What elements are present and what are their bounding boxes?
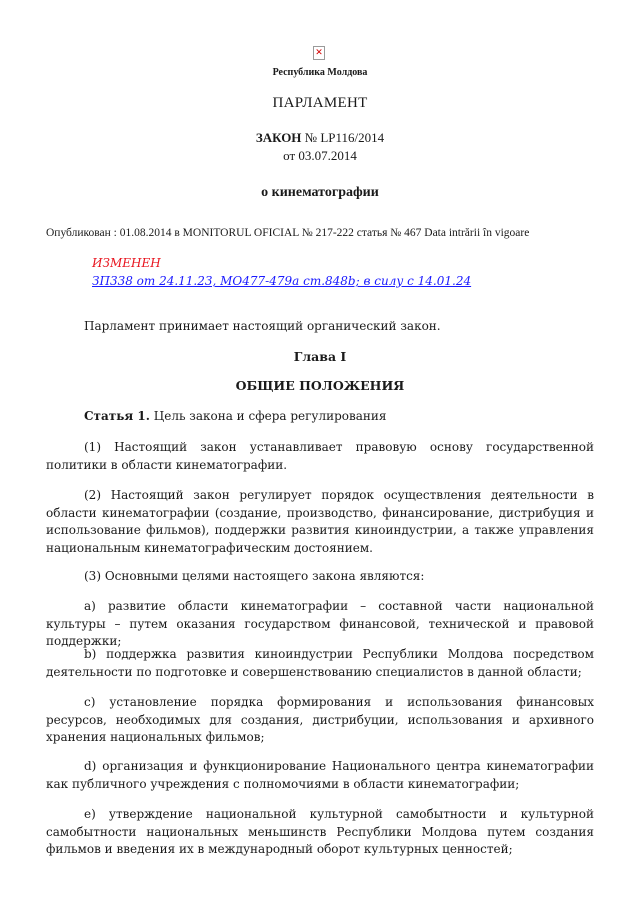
article-heading: Статья 1. Цель закона и сфера регулирова… (46, 408, 594, 426)
chapter-heading: Глава I (0, 349, 640, 364)
broken-image-icon: ✕ (313, 46, 325, 60)
law-label: ЗАКОН (256, 130, 302, 145)
republic-name: Республика Молдова (0, 67, 640, 78)
paragraph-text: d) организация и функционирование Национ… (46, 759, 594, 791)
paragraph-2: (2) Настоящий закон регулирует порядок о… (46, 487, 594, 557)
item-b: b) поддержка развития киноиндустрии Респ… (46, 646, 594, 681)
paragraph-text: c) установление порядка формирования и и… (46, 695, 594, 744)
paragraph-text: a) развитие области кинематографии – сос… (46, 599, 594, 648)
paragraph-text: (1) Настоящий закон устанавливает правов… (46, 440, 594, 472)
publication-info: Опубликован : 01.08.2014 в MONITORUL OFI… (46, 227, 606, 239)
law-title: о кинематографии (0, 185, 640, 201)
chapter-title: ОБЩИЕ ПОЛОЖЕНИЯ (0, 378, 640, 393)
item-d: d) организация и функционирование Национ… (46, 758, 594, 793)
law-date: от 03.07.2014 (0, 148, 640, 164)
article-label: Статья 1. (84, 409, 150, 423)
paragraph-3: (3) Основными целями настоящего закона я… (46, 568, 594, 586)
amended-status: ИЗМЕНЕН (92, 256, 161, 270)
issuer-title: ПАРЛАМЕНТ (0, 95, 640, 112)
paragraph-text: b) поддержка развития киноиндустрии Респ… (46, 647, 594, 679)
preamble-text: Парламент принимает настоящий органическ… (84, 319, 441, 333)
preamble: Парламент принимает настоящий органическ… (46, 318, 594, 336)
paragraph-1: (1) Настоящий закон устанавливает правов… (46, 439, 594, 474)
item-e: e) утверждение национальной культурной с… (46, 806, 594, 859)
item-a: a) развитие области кинематографии – сос… (46, 598, 594, 651)
amendment-link[interactable]: ЗП338 от 24.11.23, MO477-479a ст.848b; в… (92, 274, 471, 288)
paragraph-text: e) утверждение национальной культурной с… (46, 807, 594, 856)
paragraph-text: (2) Настоящий закон регулирует порядок о… (46, 488, 594, 555)
article-title: Цель закона и сфера регулирования (154, 409, 387, 423)
law-number-line: ЗАКОН № LP116/2014 (0, 130, 640, 146)
paragraph-text: (3) Основными целями настоящего закона я… (84, 569, 424, 583)
law-number: № LP116/2014 (305, 130, 384, 145)
item-c: c) установление порядка формирования и и… (46, 694, 594, 747)
